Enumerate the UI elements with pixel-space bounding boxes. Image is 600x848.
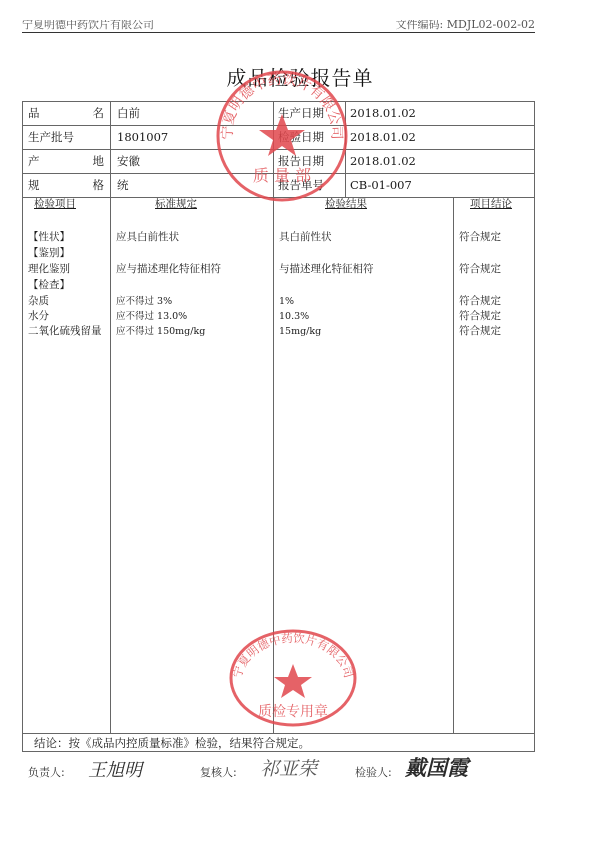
inspector-signature: 戴国霞 bbox=[405, 752, 468, 782]
result-result: 10.3% bbox=[279, 309, 309, 324]
info-label-part: 生产批号 bbox=[28, 125, 74, 149]
divider bbox=[345, 101, 346, 197]
result-result: 1% bbox=[279, 294, 294, 309]
info-label-part: 地 bbox=[93, 149, 105, 173]
result-conclusion: 符合规定 bbox=[459, 262, 501, 277]
info-label: 生产日期 bbox=[278, 101, 324, 125]
info-label: 生产批号 bbox=[28, 125, 104, 149]
result-item: 水分 bbox=[28, 309, 49, 324]
result-conclusion: 符合规定 bbox=[459, 294, 501, 309]
result-item: 理化鉴别 bbox=[28, 262, 70, 277]
info-value: 统 bbox=[117, 173, 129, 197]
reviewer-label: 复核人: bbox=[200, 764, 237, 780]
column-header-result: 检验结果 bbox=[325, 196, 367, 212]
info-label: 规格 bbox=[28, 173, 104, 197]
result-result: 15mg/kg bbox=[279, 324, 321, 339]
divider bbox=[273, 197, 274, 733]
info-value: 2018.01.02 bbox=[350, 101, 416, 125]
info-label: 报告日期 bbox=[278, 149, 324, 173]
result-item: 二氧化硫残留量 bbox=[28, 324, 102, 339]
result-item: 杂质 bbox=[28, 294, 49, 309]
info-value: 2018.01.02 bbox=[350, 125, 416, 149]
document-header: 宁夏明德中药饮片有限公司 文件编码: MDJL02-002-02 bbox=[22, 20, 535, 33]
info-value: 2018.01.02 bbox=[350, 149, 416, 173]
result-result: 具白前性状 bbox=[279, 230, 332, 245]
report-title: 成品检验报告单 bbox=[0, 62, 600, 91]
result-item: 【性状】 bbox=[28, 230, 70, 245]
info-label: 检验日期 bbox=[278, 125, 324, 149]
file-code: 文件编码: MDJL02-002-02 bbox=[396, 20, 535, 32]
divider bbox=[22, 733, 535, 734]
result-item: 【检查】 bbox=[28, 278, 70, 293]
divider bbox=[22, 197, 535, 198]
divider bbox=[273, 101, 274, 197]
result-conclusion: 符合规定 bbox=[459, 309, 501, 324]
inspector-label: 检验人: bbox=[355, 764, 392, 780]
reviewer-signature: 祁亚荣 bbox=[260, 754, 317, 781]
responsible-signature: 王旭明 bbox=[88, 756, 142, 782]
column-header-item: 检验项目 bbox=[34, 196, 76, 212]
info-label: 产地 bbox=[28, 149, 104, 173]
info-value: CB-01-007 bbox=[350, 173, 412, 197]
result-standard: 应不得过 3% bbox=[116, 294, 172, 309]
report-table bbox=[22, 101, 535, 752]
info-label-part: 格 bbox=[93, 173, 105, 197]
info-label-part: 名 bbox=[93, 101, 105, 125]
divider bbox=[110, 101, 111, 197]
responsible-label: 负责人: bbox=[28, 764, 65, 780]
company-name: 宁夏明德中药饮片有限公司 bbox=[22, 20, 154, 32]
info-label: 品名 bbox=[28, 101, 104, 125]
info-value: 白前 bbox=[117, 101, 140, 125]
result-conclusion: 符合规定 bbox=[459, 230, 501, 245]
divider bbox=[110, 197, 111, 733]
result-standard: 应不得过 13.0% bbox=[116, 309, 187, 324]
result-item: 【鉴别】 bbox=[28, 246, 70, 261]
result-standard: 应具白前性状 bbox=[116, 230, 179, 245]
info-label-part: 品 bbox=[28, 101, 40, 125]
info-value: 1801007 bbox=[117, 125, 168, 149]
result-standard: 应不得过 150mg/kg bbox=[116, 324, 205, 339]
result-standard: 应与描述理化特征相符 bbox=[116, 262, 221, 277]
info-value: 安徽 bbox=[117, 149, 140, 173]
result-result: 与描述理化特征相符 bbox=[279, 262, 374, 277]
column-header-conclusion: 项目结论 bbox=[470, 196, 512, 212]
info-label-part: 产 bbox=[28, 149, 40, 173]
result-conclusion: 符合规定 bbox=[459, 324, 501, 339]
info-label-part: 规 bbox=[28, 173, 40, 197]
divider bbox=[453, 197, 454, 733]
conclusion-text: 结论：按《成品内控质量标准》检验，结果符合规定。 bbox=[34, 735, 310, 751]
info-label: 报告单号 bbox=[278, 173, 324, 197]
column-header-standard: 标准规定 bbox=[155, 196, 197, 212]
